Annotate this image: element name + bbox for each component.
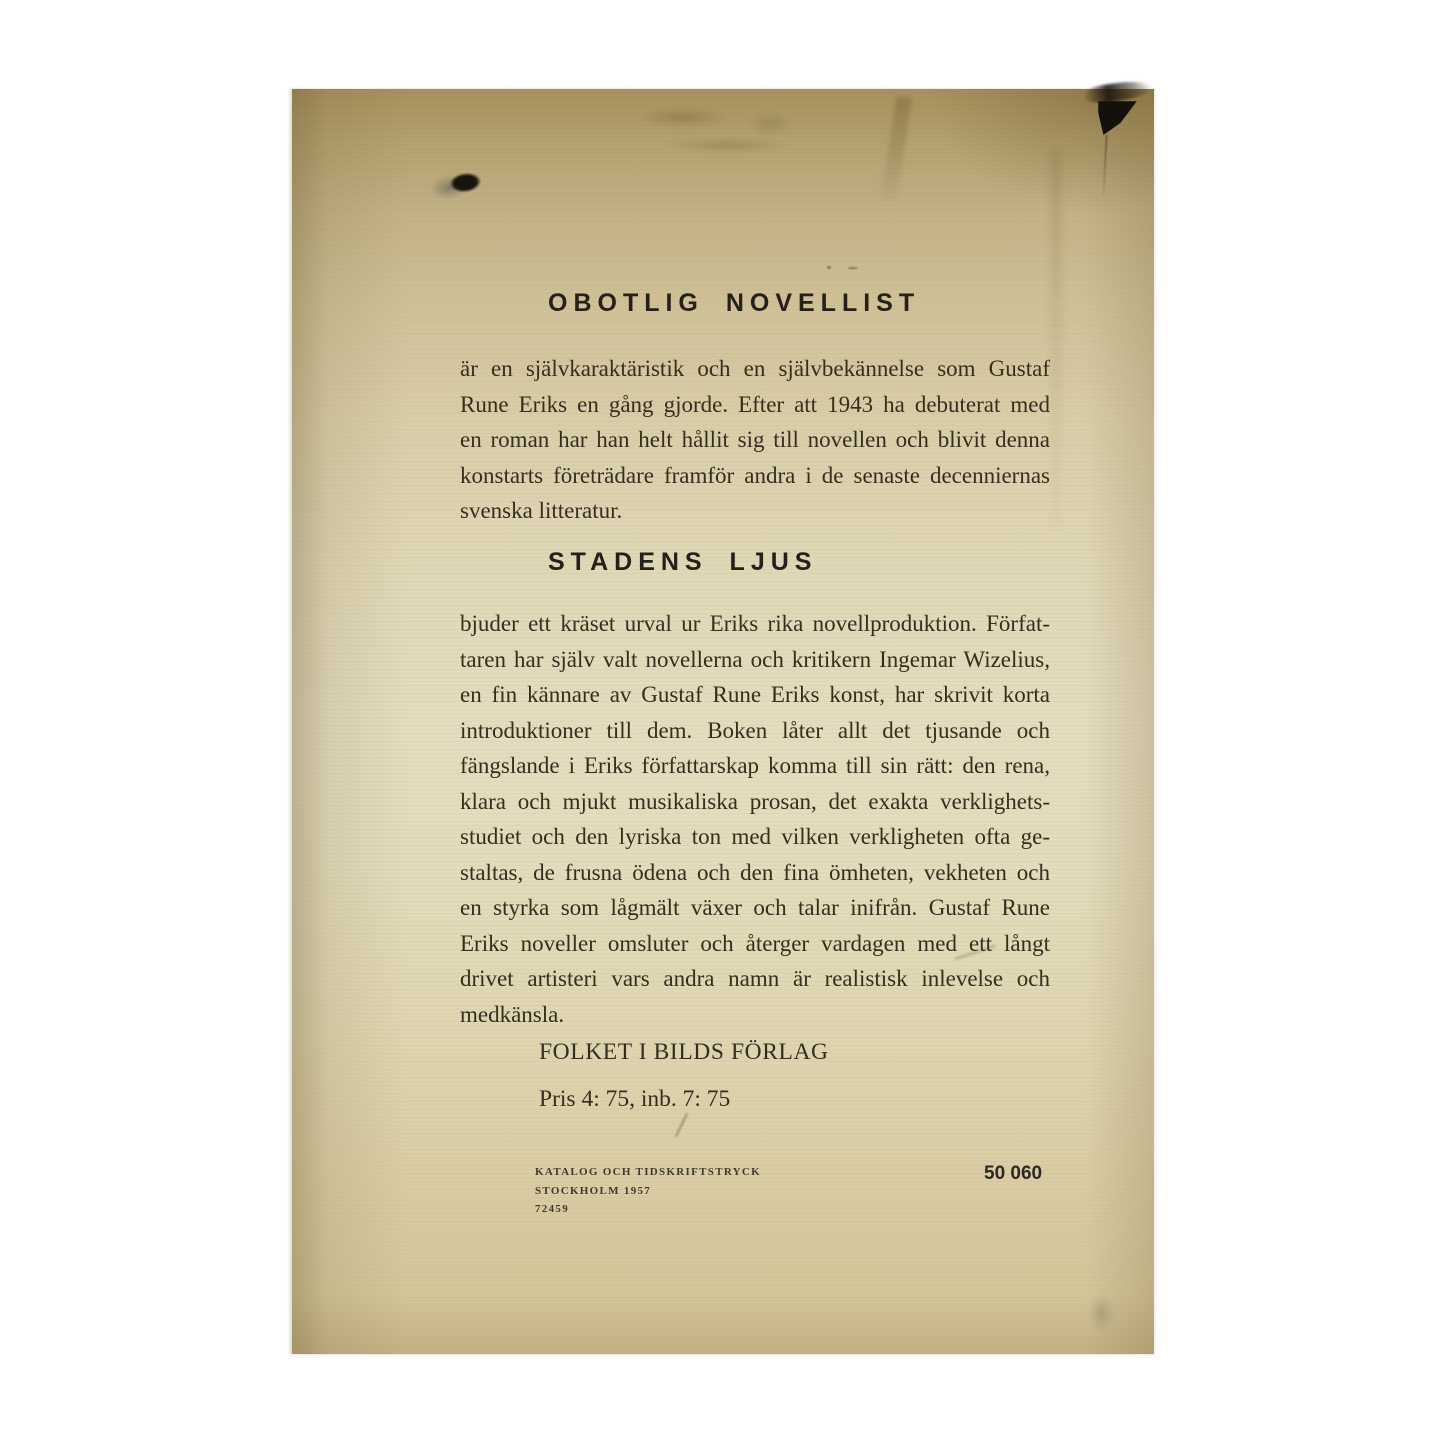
heading-obotlig-novellist: OBOTLIG NOVELLIST (548, 289, 920, 318)
paragraph-line: taren har själv valt novellerna och krit… (460, 642, 1050, 678)
paragraph-line: klara och mjukt musikaliska prosan, det … (460, 784, 1050, 820)
imprint-line: KATALOG OCH TIDSKRIFTSTRYCK (535, 1163, 761, 1182)
faint-scratch (674, 1113, 688, 1138)
faded-pencil-smudge (630, 99, 805, 161)
paragraph-line: introduktioner till dem. Boken låter all… (460, 713, 1050, 749)
printer-imprint: KATALOG OCH TIDSKRIFTSTRYCK STOCKHOLM 19… (535, 1163, 761, 1219)
paragraph-line: konstarts företrädare framför andra i de… (460, 458, 1050, 494)
ink-speck (848, 267, 858, 269)
paragraph-line: medkänsla. (460, 997, 1050, 1033)
paragraph-line: Rune Eriks en gång gjorde. Efter att 194… (460, 387, 1050, 423)
paragraph-line: staltas, de frusna ödena och den fina öm… (460, 855, 1050, 891)
paragraph-line: Eriks noveller omsluter och återger vard… (460, 926, 1050, 962)
price-text: Pris 4: 75, inb. 7: 75 (539, 1086, 730, 1113)
description-paragraph: bjuder ett kräset urval ur Eriks rika no… (460, 606, 1050, 1032)
book-back-cover: OBOTLIG NOVELLIST är en självkaraktärist… (290, 89, 1154, 1354)
stock-number: 50 060 (984, 1163, 1042, 1185)
paragraph-line: drivet artisteri vars andra namn är real… (460, 961, 1050, 997)
paragraph-line: är en självkaraktäristik och en självbek… (460, 351, 1050, 387)
paragraph-line: fängslande i Eriks författarskap komma t… (460, 748, 1050, 784)
heading-stadens-ljus: STADENS LJUS (548, 548, 817, 577)
imprint-line: STOCKHOLM 1957 (535, 1182, 761, 1201)
torn-corner-smear (1084, 79, 1152, 105)
paragraph-line: bjuder ett kräset urval ur Eriks rika no… (460, 606, 1050, 642)
publisher-name: FOLKET I BILDS FÖRLAG (539, 1039, 829, 1066)
faint-vertical-streak (1050, 149, 1062, 529)
intro-paragraph: är en självkaraktäristik och en självbek… (460, 351, 1050, 529)
ink-blot-mark (430, 166, 487, 202)
imprint-line: 72459 (535, 1200, 761, 1219)
ink-speck (827, 266, 831, 269)
paragraph-line: studiet och den lyriska ton med vilken v… (460, 819, 1050, 855)
paragraph-line: en roman har han helt hållit sig till no… (460, 422, 1050, 458)
torn-corner-chip (1098, 101, 1137, 135)
paragraph-line: svenska litteratur. (460, 493, 1050, 529)
crease-line (1102, 135, 1107, 197)
paragraph-line: en fin kännare av Gustaf Rune Eriks kons… (460, 677, 1050, 713)
paragraph-line: en styrka som lågmält växer och talar in… (460, 890, 1050, 926)
diagonal-stain-streak (880, 96, 912, 202)
book-cover-photo: OBOTLIG NOVELLIST är en självkaraktärist… (0, 0, 1445, 1445)
bottom-smudge (1086, 1289, 1118, 1337)
